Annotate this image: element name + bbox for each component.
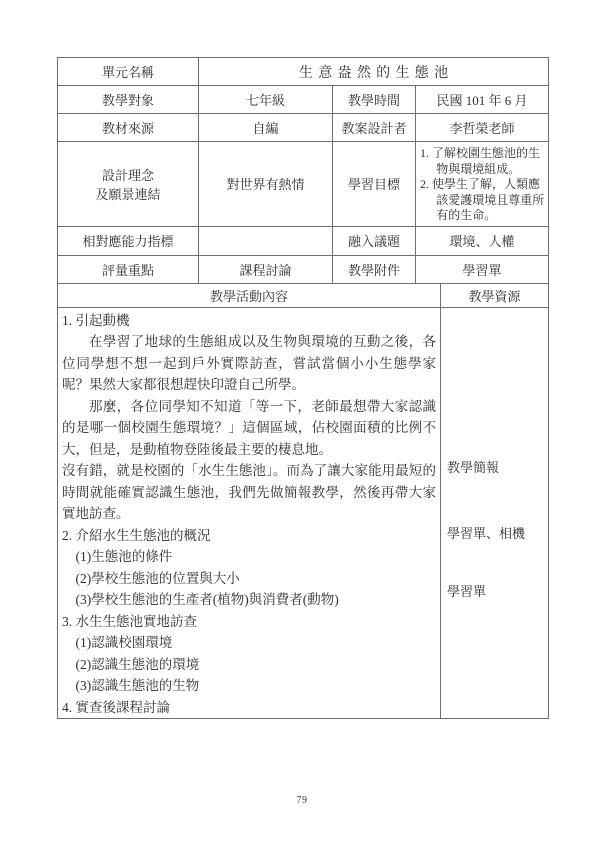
activity-line: 在學習了地球的生態組成以及生物與環境的互動之後，各位同學想不想一起到戶外實際訪查… bbox=[62, 331, 436, 396]
material-value: 自編 bbox=[199, 114, 333, 142]
activity-line: 1. 引起動機 bbox=[62, 310, 436, 332]
assessment-value: 課程討論 bbox=[199, 255, 333, 283]
attachments-value: 學習單 bbox=[416, 255, 549, 283]
issues-value: 環境、人權 bbox=[416, 226, 549, 255]
concept-label-line1: 設計理念 bbox=[58, 165, 198, 184]
row-indicators-issues: 相對應能力指標 融入議題 環境、人權 bbox=[58, 226, 549, 255]
resource-item: 學習單 bbox=[447, 584, 486, 600]
activity-line: (2)學校生態池的位置與大小 bbox=[62, 568, 436, 590]
concept-label: 設計理念 及願景連結 bbox=[58, 142, 199, 227]
objective-item: 2. 使學生了解，人類應該愛護環境且尊重所有的生命。 bbox=[420, 177, 545, 224]
row-concept-objectives: 設計理念 及願景連結 對世界有熱情 學習目標 1. 了解校園生態池的生物與環境組… bbox=[58, 142, 549, 227]
lesson-plan-page: 單元名稱 生意盎然的生態池 教學對象 七年級 教學時間 民國 101 年 6 月… bbox=[0, 0, 604, 851]
row-audience-time: 教學對象 七年級 教學時間 民國 101 年 6 月 bbox=[58, 86, 549, 114]
activity-line: (3)學校生態池的生產者(植物)與消費者(動物) bbox=[62, 589, 436, 611]
activity-content-header: 教學活動內容 bbox=[58, 283, 441, 307]
activity-resources: 教學簡報 學習單、相機 學習單 bbox=[441, 307, 549, 719]
objectives-value: 1. 了解校園生態池的生物與環境組成。 2. 使學生了解，人類應該愛護環境且尊重… bbox=[416, 142, 549, 227]
activity-line: (1)生態池的條件 bbox=[62, 546, 436, 568]
designer-value: 李哲榮老師 bbox=[416, 114, 549, 142]
activity-header-row: 教學活動內容 教學資源 bbox=[58, 283, 549, 307]
audience-label: 教學對象 bbox=[58, 86, 199, 114]
activity-line: 4. 實查後課程討論 bbox=[62, 697, 436, 719]
concept-label-line2: 及願景連結 bbox=[58, 184, 198, 203]
activity-body-row: 1. 引起動機 在學習了地球的生態組成以及生物與環境的互動之後，各位同學想不想一… bbox=[58, 307, 549, 719]
lesson-plan-table: 單元名稱 生意盎然的生態池 教學對象 七年級 教學時間 民國 101 年 6 月… bbox=[57, 57, 548, 719]
lesson-info-table: 單元名稱 生意盎然的生態池 教學對象 七年級 教學時間 民國 101 年 6 月… bbox=[57, 57, 549, 284]
activity-line: 沒有錯，就是校園的「水生生態池」。而為了讓大家能用最短的時間就能確實認識生態池，… bbox=[62, 460, 436, 525]
activity-content: 1. 引起動機 在學習了地球的生態組成以及生物與環境的互動之後，各位同學想不想一… bbox=[58, 307, 441, 719]
activity-table: 教學活動內容 教學資源 1. 引起動機 在學習了地球的生態組成以及生物與環境的互… bbox=[57, 283, 549, 720]
indicators-value bbox=[199, 226, 333, 255]
time-value: 民國 101 年 6 月 bbox=[416, 86, 549, 114]
row-material-designer: 教材來源 自編 教案設計者 李哲榮老師 bbox=[58, 114, 549, 142]
assessment-label: 評量重點 bbox=[58, 255, 199, 283]
unit-name-label: 單元名稱 bbox=[58, 58, 199, 86]
row-unit-name: 單元名稱 生意盎然的生態池 bbox=[58, 58, 549, 86]
activity-line: (1)認識校園環境 bbox=[62, 632, 436, 654]
unit-name-value: 生意盎然的生態池 bbox=[199, 58, 549, 86]
objective-item: 1. 了解校園生態池的生物與環境組成。 bbox=[420, 146, 545, 177]
attachments-label: 教學附件 bbox=[333, 255, 416, 283]
activity-line: (2)認識生態池的環境 bbox=[62, 654, 436, 676]
page-number: 79 bbox=[0, 795, 604, 806]
row-assessment-attachment: 評量重點 課程討論 教學附件 學習單 bbox=[58, 255, 549, 283]
activity-line: 那麼，各位同學知不知道「等一下，老師最想帶大家認識的是哪一個校園生態環境？」這個… bbox=[62, 396, 436, 461]
objectives-label: 學習目標 bbox=[333, 142, 416, 227]
activity-resource-header: 教學資源 bbox=[441, 283, 549, 307]
designer-label: 教案設計者 bbox=[333, 114, 416, 142]
activity-line: (3)認識生態池的生物 bbox=[62, 675, 436, 697]
material-label: 教材來源 bbox=[58, 114, 199, 142]
time-label: 教學時間 bbox=[333, 86, 416, 114]
resource-item: 學習單、相機 bbox=[447, 526, 525, 542]
resource-item: 教學簡報 bbox=[447, 460, 499, 476]
activity-line: 3. 水生生態池實地訪查 bbox=[62, 611, 436, 633]
indicators-label: 相對應能力指標 bbox=[58, 226, 199, 255]
activity-line: 2. 介紹水生生態池的概況 bbox=[62, 525, 436, 547]
audience-value: 七年級 bbox=[199, 86, 333, 114]
concept-value: 對世界有熱情 bbox=[199, 142, 333, 227]
issues-label: 融入議題 bbox=[333, 226, 416, 255]
